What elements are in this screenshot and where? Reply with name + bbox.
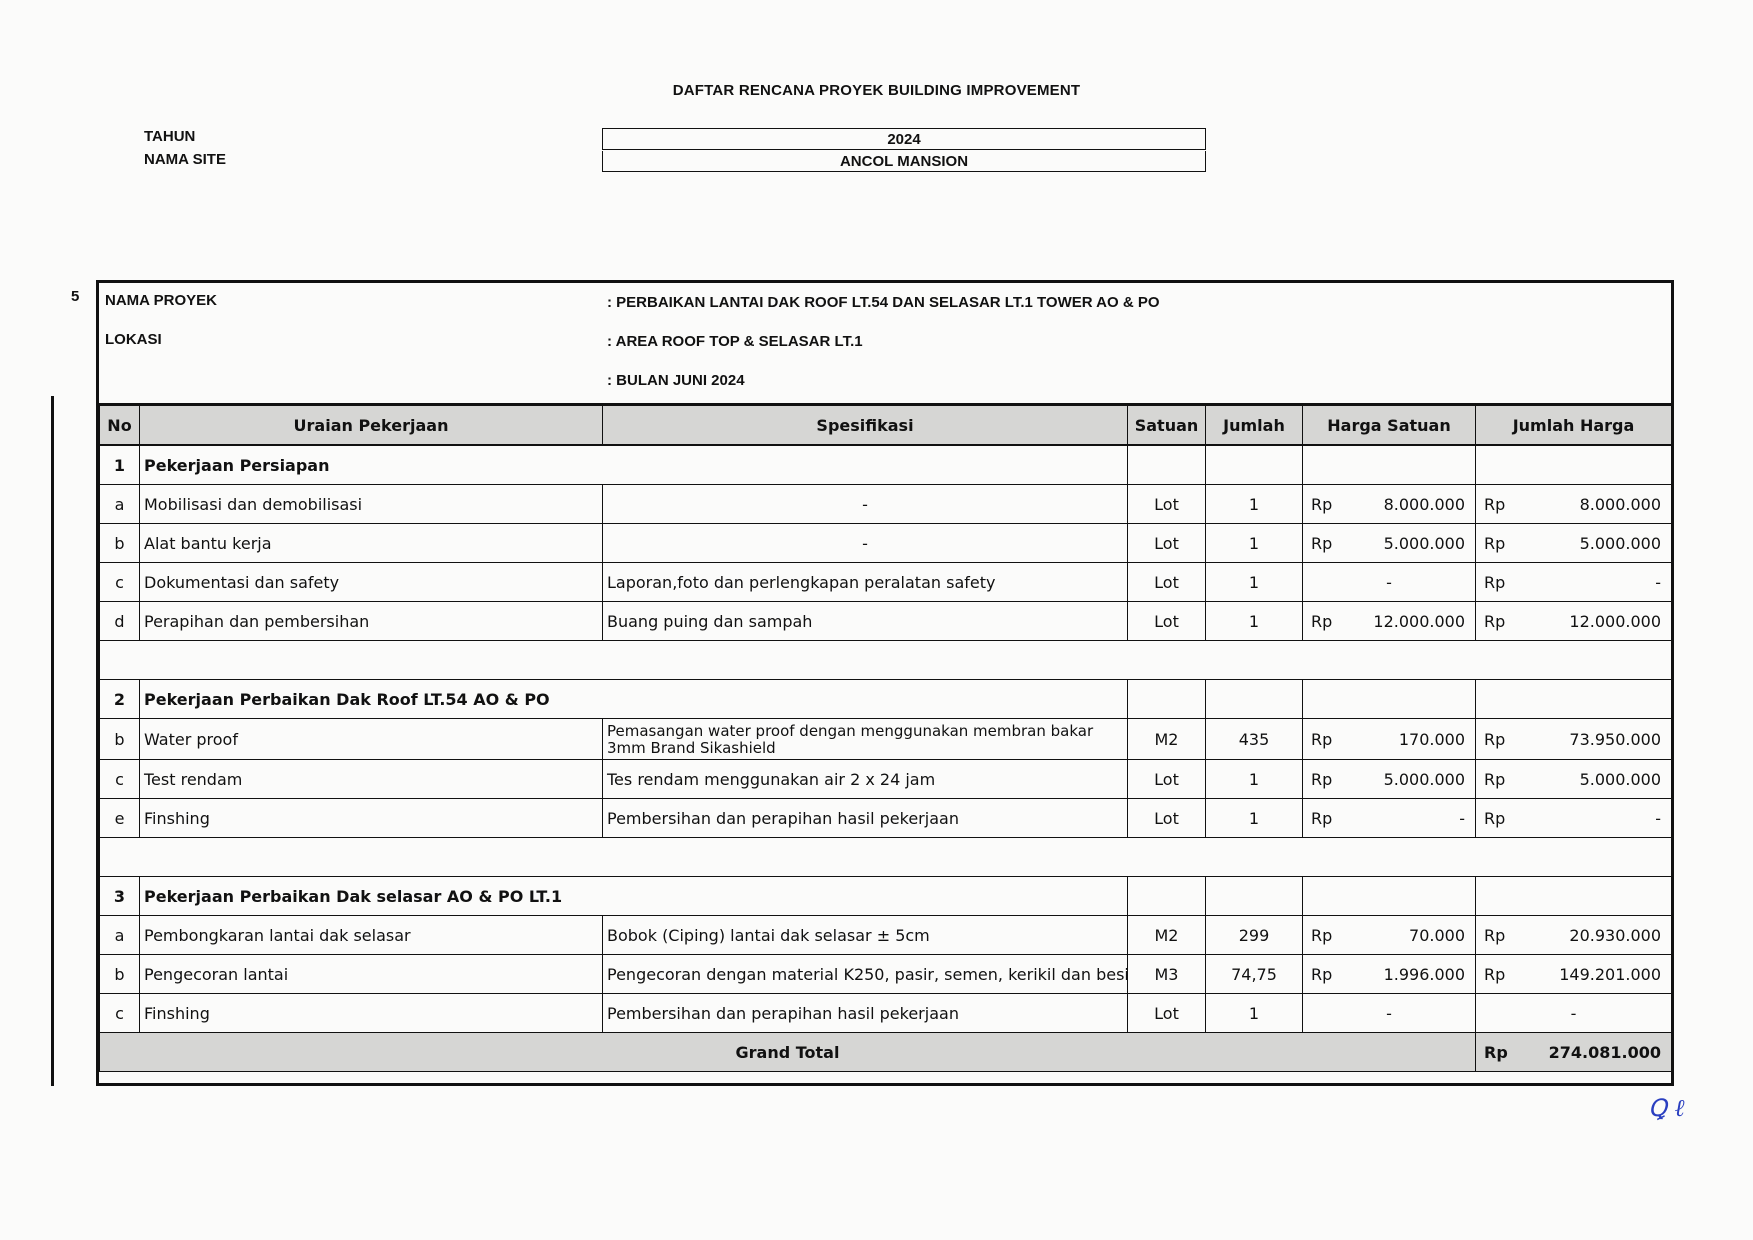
project-name-value: : PERBAIKAN LANTAI DAK ROOF LT.54 DAN SE… xyxy=(607,294,1160,311)
empty-cell xyxy=(1476,877,1672,916)
row-harga-satuan: Rp5.000.000 xyxy=(1303,760,1476,799)
period-value: : BULAN JUNI 2024 xyxy=(607,372,745,389)
harga-satuan-value: 12.000.000 xyxy=(1373,612,1465,631)
harga-satuan-value: - xyxy=(1459,809,1465,828)
empty-cell xyxy=(1476,680,1672,719)
row-no: e xyxy=(100,799,140,838)
table-row: aPembongkaran lantai dak selasarBobok (C… xyxy=(100,916,1672,955)
empty-cell xyxy=(1476,445,1672,485)
row-uraian: Water proof xyxy=(140,719,603,760)
row-uraian: Finshing xyxy=(140,994,603,1033)
row-harga-satuan: Rp5.000.000 xyxy=(1303,524,1476,563)
row-jumlah: 1 xyxy=(1206,994,1303,1033)
row-satuan: Lot xyxy=(1128,485,1206,524)
row-spesifikasi: Buang puing dan sampah xyxy=(603,602,1128,641)
empty-cell xyxy=(1128,445,1206,485)
table-row: bAlat bantu kerja-Lot1Rp5.000.000Rp5.000… xyxy=(100,524,1672,563)
row-spesifikasi: Pemasangan water proof dengan menggunaka… xyxy=(603,719,1128,760)
grand-total-currency: Rp xyxy=(1484,1043,1508,1062)
section-row: 2Pekerjaan Perbaikan Dak Roof LT.54 AO &… xyxy=(100,680,1672,719)
harga-satuan-value: - xyxy=(1386,1004,1392,1023)
row-jumlah-harga: Rp149.201.000 xyxy=(1476,955,1672,994)
section-row: 1Pekerjaan Persiapan xyxy=(100,445,1672,485)
row-jumlah: 1 xyxy=(1206,799,1303,838)
row-spesifikasi: - xyxy=(603,524,1128,563)
row-jumlah: 1 xyxy=(1206,563,1303,602)
row-jumlah-harga: - xyxy=(1476,994,1672,1033)
harga-satuan-currency: Rp xyxy=(1311,730,1332,749)
empty-cell xyxy=(1206,680,1303,719)
tahun-value: 2024 xyxy=(602,128,1206,150)
harga-satuan-currency: Rp xyxy=(1311,770,1332,789)
grand-total-row: Grand Total Rp 274.081.000 xyxy=(100,1033,1672,1072)
jumlah-harga-currency: Rp xyxy=(1484,730,1505,749)
row-harga-satuan: Rp170.000 xyxy=(1303,719,1476,760)
spacer-row xyxy=(100,641,1672,680)
spacer-row xyxy=(100,838,1672,877)
row-spesifikasi: Pembersihan dan perapihan hasil pekerjaa… xyxy=(603,994,1128,1033)
jumlah-harga-value: 5.000.000 xyxy=(1580,770,1661,789)
row-harga-satuan: - xyxy=(1303,563,1476,602)
row-jumlah-harga: Rp12.000.000 xyxy=(1476,602,1672,641)
row-no: c xyxy=(100,994,140,1033)
row-satuan: Lot xyxy=(1128,994,1206,1033)
table-row: cDokumentasi dan safetyLaporan,foto dan … xyxy=(100,563,1672,602)
table-row: dPerapihan dan pembersihanBuang puing da… xyxy=(100,602,1672,641)
harga-satuan-currency: Rp xyxy=(1311,612,1332,631)
row-no: a xyxy=(100,916,140,955)
harga-satuan-value: 5.000.000 xyxy=(1384,534,1465,553)
harga-satuan-value: - xyxy=(1386,573,1392,592)
section-title: Pekerjaan Perbaikan Dak Roof LT.54 AO & … xyxy=(140,680,1128,719)
row-no: b xyxy=(100,719,140,760)
empty-cell xyxy=(1128,680,1206,719)
row-no: a xyxy=(100,485,140,524)
harga-satuan-value: 5.000.000 xyxy=(1384,770,1465,789)
harga-satuan-value: 70.000 xyxy=(1409,926,1465,945)
header-harga-satuan: Harga Satuan xyxy=(1303,405,1476,446)
section-number: 3 xyxy=(100,877,140,916)
row-jumlah: 299 xyxy=(1206,916,1303,955)
margin-bar xyxy=(51,396,54,1086)
table-row: cFinshingPembersihan dan perapihan hasil… xyxy=(100,994,1672,1033)
harga-satuan-currency: Rp xyxy=(1311,809,1332,828)
row-uraian: Dokumentasi dan safety xyxy=(140,563,603,602)
row-satuan: Lot xyxy=(1128,563,1206,602)
row-jumlah-harga: Rp5.000.000 xyxy=(1476,760,1672,799)
spacer-cell xyxy=(100,838,1672,877)
row-jumlah-harga: Rp20.930.000 xyxy=(1476,916,1672,955)
grand-total-label: Grand Total xyxy=(100,1033,1476,1072)
empty-cell xyxy=(1303,680,1476,719)
section-title: Pekerjaan Perbaikan Dak selasar AO & PO … xyxy=(140,877,1128,916)
header-no: No xyxy=(100,405,140,446)
harga-satuan-value: 170.000 xyxy=(1399,730,1465,749)
harga-satuan-value: 1.996.000 xyxy=(1384,965,1465,984)
jumlah-harga-currency: Rp xyxy=(1484,573,1505,592)
header-jumlah: Jumlah xyxy=(1206,405,1303,446)
grand-total-value: 274.081.000 xyxy=(1549,1043,1661,1062)
row-no: c xyxy=(100,563,140,602)
row-satuan: Lot xyxy=(1128,524,1206,563)
row-spesifikasi: Pembersihan dan perapihan hasil pekerjaa… xyxy=(603,799,1128,838)
empty-cell xyxy=(1303,877,1476,916)
empty-cell xyxy=(1206,877,1303,916)
row-harga-satuan: Rp12.000.000 xyxy=(1303,602,1476,641)
project-name-label: NAMA PROYEK xyxy=(105,292,217,309)
location-label: LOKASI xyxy=(105,331,162,348)
row-jumlah: 74,75 xyxy=(1206,955,1303,994)
row-satuan: Lot xyxy=(1128,602,1206,641)
jumlah-harga-currency: Rp xyxy=(1484,809,1505,828)
jumlah-harga-value: 12.000.000 xyxy=(1569,612,1661,631)
row-harga-satuan: - xyxy=(1303,994,1476,1033)
document-title: DAFTAR RENCANA PROYEK BUILDING IMPROVEME… xyxy=(0,82,1753,99)
jumlah-harga-value: 8.000.000 xyxy=(1580,495,1661,514)
jumlah-harga-value: 5.000.000 xyxy=(1580,534,1661,553)
table-row: bWater proofPemasangan water proof denga… xyxy=(100,719,1672,760)
jumlah-harga-currency: Rp xyxy=(1484,534,1505,553)
row-uraian: Finshing xyxy=(140,799,603,838)
row-jumlah-harga: Rp8.000.000 xyxy=(1476,485,1672,524)
row-uraian: Pembongkaran lantai dak selasar xyxy=(140,916,603,955)
row-uraian: Alat bantu kerja xyxy=(140,524,603,563)
table-header-row: No Uraian Pekerjaan Spesifikasi Satuan J… xyxy=(100,405,1672,446)
jumlah-harga-value: - xyxy=(1655,809,1661,828)
row-uraian: Mobilisasi dan demobilisasi xyxy=(140,485,603,524)
row-uraian: Test rendam xyxy=(140,760,603,799)
row-jumlah: 1 xyxy=(1206,524,1303,563)
row-jumlah-harga: Rp- xyxy=(1476,563,1672,602)
section-row: 3Pekerjaan Perbaikan Dak selasar AO & PO… xyxy=(100,877,1672,916)
jumlah-harga-currency: Rp xyxy=(1484,770,1505,789)
empty-cell xyxy=(1128,877,1206,916)
row-harga-satuan: Rp8.000.000 xyxy=(1303,485,1476,524)
row-jumlah: 435 xyxy=(1206,719,1303,760)
jumlah-harga-value: - xyxy=(1655,573,1661,592)
jumlah-harga-value: 20.930.000 xyxy=(1569,926,1661,945)
header-jumlah-harga: Jumlah Harga xyxy=(1476,405,1672,446)
table-row: aMobilisasi dan demobilisasi-Lot1Rp8.000… xyxy=(100,485,1672,524)
row-satuan: M2 xyxy=(1128,916,1206,955)
row-uraian: Perapihan dan pembersihan xyxy=(140,602,603,641)
row-jumlah-harga: Rp73.950.000 xyxy=(1476,719,1672,760)
row-no: d xyxy=(100,602,140,641)
grand-total-cell: Rp 274.081.000 xyxy=(1476,1033,1672,1072)
section-title: Pekerjaan Persiapan xyxy=(140,445,1128,485)
jumlah-harga-currency: Rp xyxy=(1484,965,1505,984)
tahun-label: TAHUN xyxy=(144,128,195,145)
row-no: b xyxy=(100,524,140,563)
site-value: ANCOL MANSION xyxy=(602,151,1206,172)
row-no: b xyxy=(100,955,140,994)
project-info: NAMA PROYEK : PERBAIKAN LANTAI DAK ROOF … xyxy=(99,283,1671,403)
table-body: 1Pekerjaan PersiapanaMobilisasi dan demo… xyxy=(100,445,1672,1033)
table-row: eFinshingPembersihan dan perapihan hasil… xyxy=(100,799,1672,838)
row-spesifikasi: Bobok (Ciping) lantai dak selasar ± 5cm xyxy=(603,916,1128,955)
harga-satuan-value: 8.000.000 xyxy=(1384,495,1465,514)
header-spesifikasi: Spesifikasi xyxy=(603,405,1128,446)
empty-cell xyxy=(1206,445,1303,485)
harga-satuan-currency: Rp xyxy=(1311,926,1332,945)
row-harga-satuan: Rp- xyxy=(1303,799,1476,838)
location-value: : AREA ROOF TOP & SELASAR LT.1 xyxy=(607,333,863,350)
spacer-cell xyxy=(100,641,1672,680)
row-spesifikasi: Tes rendam menggunakan air 2 x 24 jam xyxy=(603,760,1128,799)
row-harga-satuan: Rp70.000 xyxy=(1303,916,1476,955)
site-label: NAMA SITE xyxy=(144,151,226,168)
section-number: 2 xyxy=(100,680,140,719)
row-satuan: M2 xyxy=(1128,719,1206,760)
jumlah-harga-currency: Rp xyxy=(1484,495,1505,514)
row-jumlah: 1 xyxy=(1206,760,1303,799)
header-satuan: Satuan xyxy=(1128,405,1206,446)
jumlah-harga-currency: Rp xyxy=(1484,926,1505,945)
table-row: cTest rendamTes rendam menggunakan air 2… xyxy=(100,760,1672,799)
row-harga-satuan: Rp1.996.000 xyxy=(1303,955,1476,994)
empty-cell xyxy=(1303,445,1476,485)
row-uraian: Pengecoran lantai xyxy=(140,955,603,994)
header-uraian: Uraian Pekerjaan xyxy=(140,405,603,446)
jumlah-harga-value: 73.950.000 xyxy=(1569,730,1661,749)
row-jumlah-harga: Rp- xyxy=(1476,799,1672,838)
item-number: 5 xyxy=(71,288,79,305)
row-jumlah: 1 xyxy=(1206,485,1303,524)
handwritten-initials: Ꝗ ℓ xyxy=(1648,1094,1685,1123)
project-sheet: NAMA PROYEK : PERBAIKAN LANTAI DAK ROOF … xyxy=(96,280,1674,1086)
harga-satuan-currency: Rp xyxy=(1311,495,1332,514)
row-satuan: M3 xyxy=(1128,955,1206,994)
row-jumlah: 1 xyxy=(1206,602,1303,641)
jumlah-harga-value: - xyxy=(1571,1004,1577,1023)
row-spesifikasi: - xyxy=(603,485,1128,524)
jumlah-harga-value: 149.201.000 xyxy=(1559,965,1661,984)
row-no: c xyxy=(100,760,140,799)
row-jumlah-harga: Rp5.000.000 xyxy=(1476,524,1672,563)
jumlah-harga-currency: Rp xyxy=(1484,612,1505,631)
harga-satuan-currency: Rp xyxy=(1311,965,1332,984)
harga-satuan-currency: Rp xyxy=(1311,534,1332,553)
table-row: bPengecoran lantaiPengecoran dengan mate… xyxy=(100,955,1672,994)
row-satuan: Lot xyxy=(1128,799,1206,838)
row-spesifikasi: Pengecoran dengan material K250, pasir, … xyxy=(603,955,1128,994)
row-satuan: Lot xyxy=(1128,760,1206,799)
section-number: 1 xyxy=(100,445,140,485)
boq-table: No Uraian Pekerjaan Spesifikasi Satuan J… xyxy=(99,403,1672,1072)
row-spesifikasi: Laporan,foto dan perlengkapan peralatan … xyxy=(603,563,1128,602)
